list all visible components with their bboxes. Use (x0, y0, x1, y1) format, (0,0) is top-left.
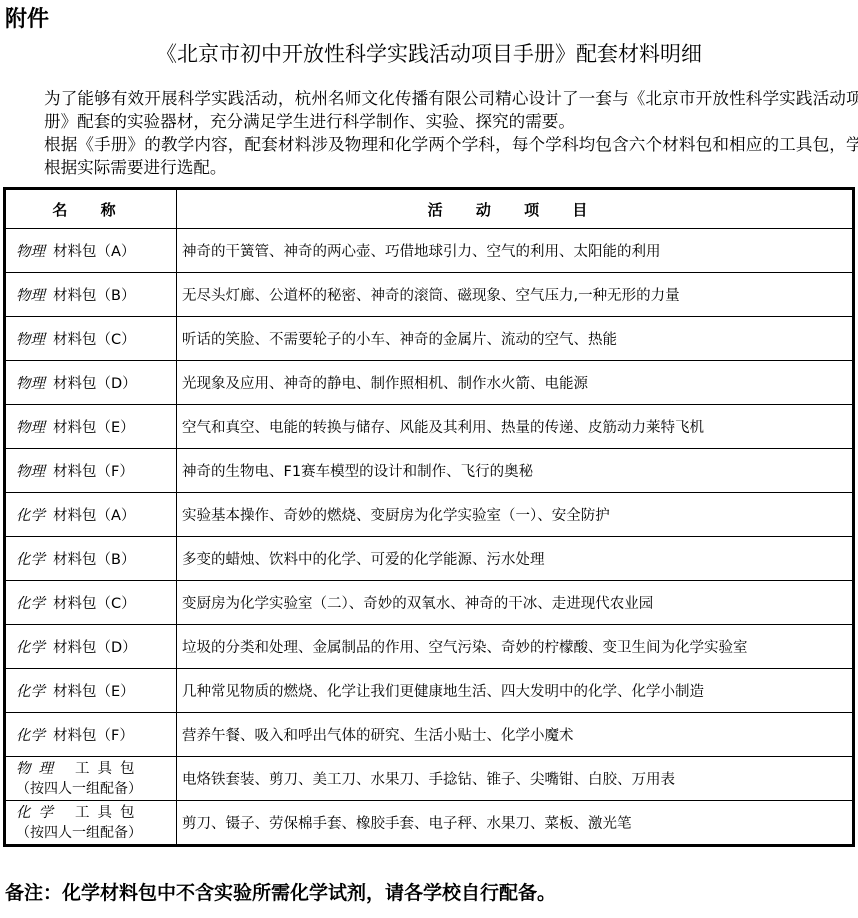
pack-name-cell: 物理材料包（F） (5, 449, 177, 493)
activities-cell: 营养午餐、吸入和呼出气体的研究、生活小贴士、化学小魔术 (177, 713, 854, 757)
pack-name-cell: 化学材料包（D） (5, 625, 177, 669)
activities-cell: 空气和真空、电能的转换与储存、风能及其利用、热量的传递、皮筋动力莱特飞机 (177, 405, 854, 449)
pack-name-cell: 化学材料包（E） (5, 669, 177, 713)
pack-label: 材料包（F） (53, 464, 134, 480)
activities-cell: 无尽头灯廊、公道杯的秘密、神奇的滚筒、磁现象、空气压力,一种无形的力量 (177, 273, 854, 317)
subject-label: 物理 (16, 244, 45, 260)
pack-name-cell: 物理材料包（B） (5, 273, 177, 317)
pack-name-cell: 物理材料包（D） (5, 361, 177, 405)
subject-label: 物理 (16, 420, 45, 436)
activities-cell: 垃圾的分类和处理、金属制品的作用、空气污染、奇妙的柠檬酸、变卫生间为化学实验室 (177, 625, 854, 669)
table-row: 化学材料包（A）实验基本操作、奇妙的燃烧、变厨房为化学实验室（一）、安全防护 (5, 493, 854, 537)
subject-label: 物理 (16, 464, 45, 480)
kit-label: 工具包 (75, 805, 143, 821)
pack-label: 材料包（E） (53, 684, 135, 700)
table-row: 化学材料包（D）垃圾的分类和处理、金属制品的作用、空气污染、奇妙的柠檬酸、变卫生… (5, 625, 854, 669)
materials-table: 名 称 活 动 项 目 物理材料包（A）神奇的干簧管、神奇的两心壶、巧借地球引力… (3, 187, 855, 847)
subject-label: 化学 (16, 596, 45, 612)
activities-cell: 神奇的生物电、F1赛车模型的设计和制作、飞行的奥秘 (177, 449, 854, 493)
table-row: 物理材料包（D）光现象及应用、神奇的静电、制作照相机、制作水火箭、电能源 (5, 361, 854, 405)
activities-cell: 几种常见物质的燃烧、化学让我们更健康地生活、四大发明中的化学、化学小制造 (177, 669, 854, 713)
table-row: 物理材料包（B）无尽头灯廊、公道杯的秘密、神奇的滚筒、磁现象、空气压力,一种无形… (5, 273, 854, 317)
pack-label: 材料包（B） (53, 552, 135, 568)
activities-cell: 听话的笑脸、不需要轮子的小车、神奇的金属片、流动的空气、热能 (177, 317, 854, 361)
intro-paragraph-2: 根据《手册》的教学内容，配套材料涉及物理和化学两个学科，每个学科均包含六个材料包… (4, 133, 858, 179)
pack-label: 材料包（D） (53, 640, 137, 656)
table-header-row: 名 称 活 动 项 目 (5, 189, 854, 229)
table-row: 化学材料包（B）多变的蜡烛、饮料中的化学、可爱的化学能源、污水处理 (5, 537, 854, 581)
pack-name-cell: 化学材料包（C） (5, 581, 177, 625)
tool-name-cell: 物理工具包（按四人一组配备） (5, 757, 177, 801)
table-row: 物理材料包（E）空气和真空、电能的转换与储存、风能及其利用、热量的传递、皮筋动力… (5, 405, 854, 449)
subject-label: 化学 (16, 684, 45, 700)
subject-label: 化学 (16, 640, 45, 656)
activities-cell: 实验基本操作、奇妙的燃烧、变厨房为化学实验室（一）、安全防护 (177, 493, 854, 537)
pack-label: 材料包（C） (53, 596, 136, 612)
activities-cell: 光现象及应用、神奇的静电、制作照相机、制作水火箭、电能源 (177, 361, 854, 405)
kit-note: （按四人一组配备） (16, 823, 176, 843)
pack-name-cell: 化学材料包（F） (5, 713, 177, 757)
header-activities: 活 动 项 目 (177, 189, 854, 229)
subject-label: 化学 (16, 728, 45, 744)
activities-cell: 变厨房为化学实验室（二）、奇妙的双氧水、神奇的干冰、走进现代农业园 (177, 581, 854, 625)
kit-label: 工具包 (75, 761, 143, 777)
tools-cell: 剪刀、镊子、劳保棉手套、橡胶手套、电子秤、水果刀、菜板、激光笔 (177, 801, 854, 846)
document-title: 《北京市初中开放性科学实践活动项目手册》配套材料明细 (0, 38, 858, 68)
table-row: 物理材料包（A）神奇的干簧管、神奇的两心壶、巧借地球引力、空气的利用、太阳能的利… (5, 229, 854, 273)
subject-label: 化学 (16, 552, 45, 568)
header-name: 名 称 (5, 189, 177, 229)
kit-note: （按四人一组配备） (16, 779, 176, 799)
pack-label: 材料包（D） (53, 376, 137, 392)
pack-name-cell: 化学材料包（B） (5, 537, 177, 581)
subject-label: 物理 (16, 761, 61, 777)
pack-name-cell: 物理材料包（E） (5, 405, 177, 449)
attachment-label: 附件 (5, 2, 49, 33)
pack-label: 材料包（C） (53, 332, 136, 348)
pack-label: 材料包（A） (53, 508, 135, 524)
pack-label: 材料包（B） (53, 288, 135, 304)
pack-name-cell: 物理材料包（C） (5, 317, 177, 361)
activities-cell: 多变的蜡烛、饮料中的化学、可爱的化学能源、污水处理 (177, 537, 854, 581)
tool-row: 物理工具包（按四人一组配备）电烙铁套装、剪刀、美工刀、水果刀、手捻钻、锥子、尖嘴… (5, 757, 854, 801)
pack-label: 材料包（E） (53, 420, 135, 436)
tool-name-cell: 化学工具包（按四人一组配备） (5, 801, 177, 846)
remark-note: 备注：化学材料包中不含实验所需化学试剂，请各学校自行配备。 (5, 878, 556, 905)
subject-label: 物理 (16, 288, 45, 304)
subject-label: 物理 (16, 376, 45, 392)
table-row: 化学材料包（F）营养午餐、吸入和呼出气体的研究、生活小贴士、化学小魔术 (5, 713, 854, 757)
tool-row: 化学工具包（按四人一组配备）剪刀、镊子、劳保棉手套、橡胶手套、电子秤、水果刀、菜… (5, 801, 854, 846)
pack-name-cell: 化学材料包（A） (5, 493, 177, 537)
pack-label: 材料包（A） (53, 244, 135, 260)
table-row: 物理材料包（F）神奇的生物电、F1赛车模型的设计和制作、飞行的奥秘 (5, 449, 854, 493)
subject-label: 化学 (16, 508, 45, 524)
table-row: 物理材料包（C）听话的笑脸、不需要轮子的小车、神奇的金属片、流动的空气、热能 (5, 317, 854, 361)
subject-label: 物理 (16, 332, 45, 348)
table-row: 化学材料包（C）变厨房为化学实验室（二）、奇妙的双氧水、神奇的干冰、走进现代农业… (5, 581, 854, 625)
activities-cell: 神奇的干簧管、神奇的两心壶、巧借地球引力、空气的利用、太阳能的利用 (177, 229, 854, 273)
pack-label: 材料包（F） (53, 728, 134, 744)
pack-name-cell: 物理材料包（A） (5, 229, 177, 273)
subject-label: 化学 (16, 805, 61, 821)
table-row: 化学材料包（E）几种常见物质的燃烧、化学让我们更健康地生活、四大发明中的化学、化… (5, 669, 854, 713)
intro-paragraph-1: 为了能够有效开展科学实践活动，杭州名师文化传播有限公司精心设计了一套与《北京市开… (4, 87, 858, 133)
tools-cell: 电烙铁套装、剪刀、美工刀、水果刀、手捻钻、锥子、尖嘴钳、白胶、万用表 (177, 757, 854, 801)
